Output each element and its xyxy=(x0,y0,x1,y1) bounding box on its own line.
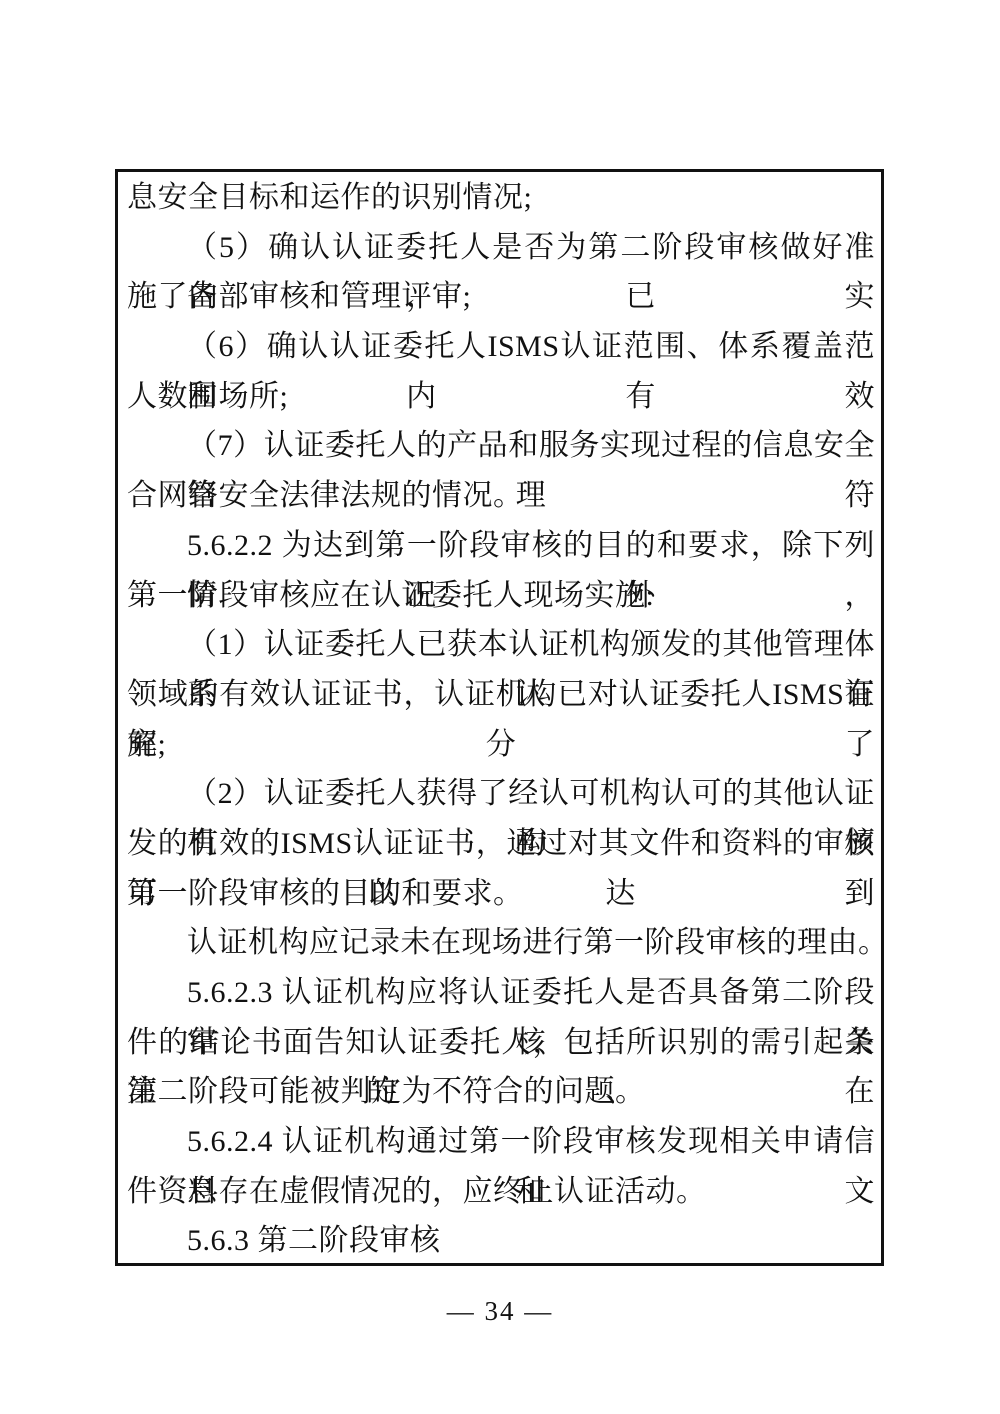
text-line: （6）确认认证委托人ISMS认证范围、体系覆盖范围内有效 xyxy=(127,322,875,372)
text-line: 5.6.2.3 认证机构应将认证委托人是否具备第二阶段审核条 xyxy=(127,968,875,1018)
text-line: 领域的有效认证证书，认证机构已对认证委托人ISMS有充分了 xyxy=(127,670,875,720)
text-line: 5.6.2.2 为达到第一阶段审核的目的和要求，除下列情况外， xyxy=(127,521,875,571)
document-lines: 息安全目标和运作的识别情况;（5）确认认证委托人是否为第二阶段审核做好准备，已实… xyxy=(127,173,875,1266)
text-line: 发的有效的ISMS认证证书，通过对其文件和资料的审核可以达到 xyxy=(127,819,875,869)
text-line: 件的结论书面告知认证委托人，包括所识别的需引起关注的、在 xyxy=(127,1018,875,1068)
text-line: 认证机构应记录未在现场进行第一阶段审核的理由。 xyxy=(127,918,875,968)
text-line: 5.6.2.4 认证机构通过第一阶段审核发现相关申请信息和文 xyxy=(127,1117,875,1167)
text-line: （7）认证委托人的产品和服务实现过程的信息安全管理符 xyxy=(127,421,875,471)
text-line: 5.6.3 第二阶段审核 xyxy=(127,1216,875,1266)
document-page: 息安全目标和运作的识别情况;（5）确认认证委托人是否为第二阶段审核做好准备，已实… xyxy=(0,0,1000,1414)
document-text-border-box: 息安全目标和运作的识别情况;（5）确认认证委托人是否为第二阶段审核做好准备，已实… xyxy=(115,169,884,1266)
text-line: 息安全目标和运作的识别情况; xyxy=(127,173,875,223)
text-line: （5）确认认证委托人是否为第二阶段审核做好准备，已实 xyxy=(127,223,875,273)
text-line: （1）认证委托人已获本认证机构颁发的其他管理体系认证 xyxy=(127,620,875,670)
page-number: — 34 — xyxy=(0,1296,1000,1327)
text-line: （2）认证委托人获得了经认可机构认可的其他认证机构颁 xyxy=(127,769,875,819)
